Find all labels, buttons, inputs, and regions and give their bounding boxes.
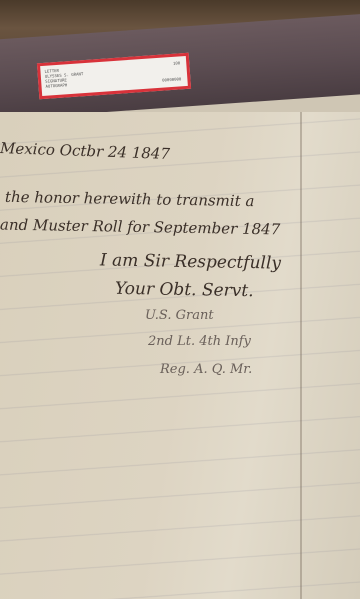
ruled-lines — [0, 112, 360, 599]
label-grade: 100 — [173, 60, 181, 65]
closing-line-1: I am Sir Respectfully — [100, 250, 281, 273]
letter-paper: Mexico Octbr 24 1847 the honor herewith … — [0, 112, 360, 599]
rank: 2nd Lt. 4th Infy — [148, 334, 251, 349]
paper-fold — [300, 112, 302, 599]
signature: U.S. Grant — [145, 308, 214, 323]
label-cert: 00000000 — [162, 76, 182, 82]
closing-line-2: Your Obt. Servt. — [115, 279, 254, 301]
regiment: Reg. A. Q. Mr. — [160, 362, 252, 377]
